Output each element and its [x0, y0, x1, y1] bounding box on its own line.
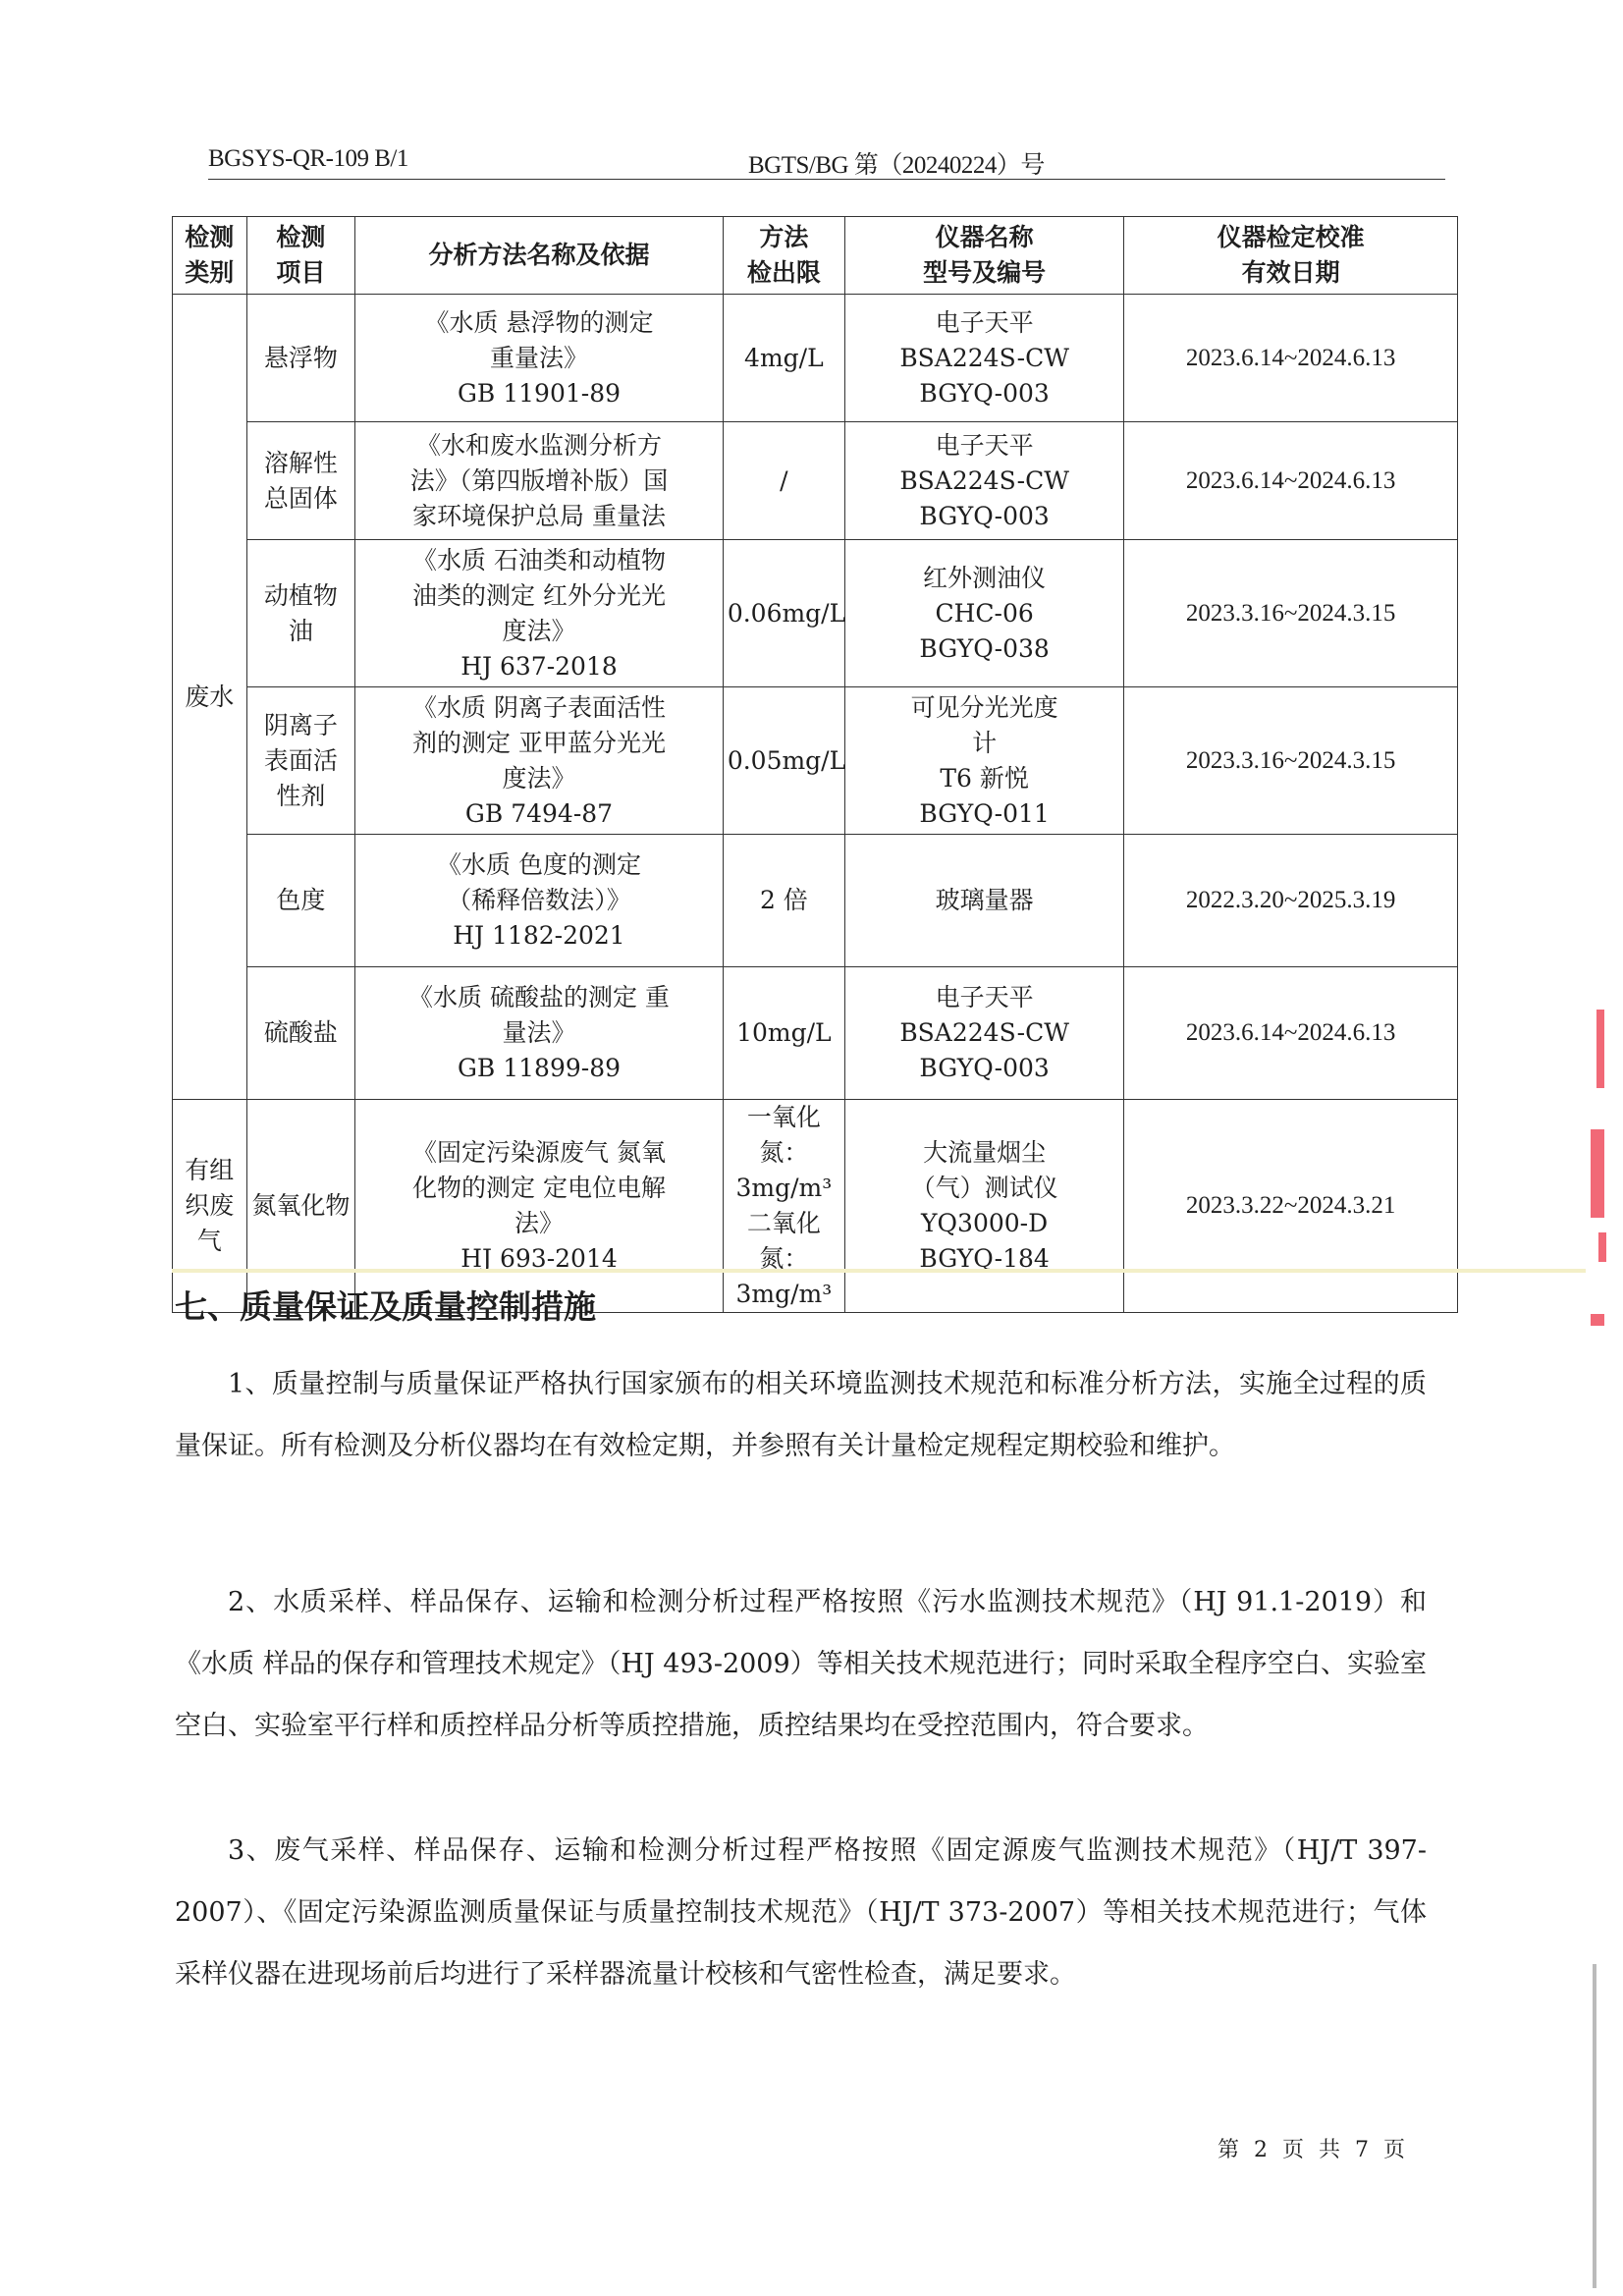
limit-cell: 4mg/L	[723, 295, 844, 422]
valid-date-cell: 2023.3.16~2024.3.15	[1124, 540, 1458, 687]
table-body: 废水悬浮物《水质 悬浮物的测定重量法》GB 11901-894mg/L电子天平B…	[173, 295, 1458, 1313]
method-cell-line: HJ 637-2018	[359, 649, 719, 684]
instrument-cell-line: YQ3000-D	[849, 1206, 1119, 1241]
table-row: 色度《水质 色度的测定（稀释倍数法）》HJ 1182-20212 倍玻璃量器20…	[173, 835, 1458, 967]
instrument-cell-line: 玻璃量器	[849, 883, 1119, 918]
method-cell-line: 《固定污染源废气 氮氧	[359, 1135, 719, 1171]
instrument-cell-line: BSA224S-CW	[849, 341, 1119, 376]
col-item-header-line: 检测	[251, 220, 352, 255]
item-cell-line: 阴离子	[251, 708, 352, 743]
col-item-header: 检测项目	[246, 217, 355, 295]
instrument-cell-line: 电子天平	[849, 305, 1119, 341]
method-cell: 《水和废水监测分析方法》（第四版增补版）国家环境保护总局 重量法	[355, 422, 724, 540]
instrument-cell-line: BGYQ-038	[849, 631, 1119, 667]
item-cell-line: 氮氧化物	[251, 1188, 352, 1224]
method-cell-line: 《水质 石油类和动植物	[359, 543, 719, 578]
item-cell: 氮氧化物	[246, 1100, 355, 1313]
col-method-header-line: 分析方法名称及依据	[359, 238, 719, 273]
page-edge-shadow	[1593, 1964, 1596, 2288]
section-title: 七、质量保证及质量控制措施	[175, 1282, 596, 1328]
method-cell-line: 《水质 硫酸盐的测定 重	[359, 980, 719, 1015]
category-cell-line: 有组	[177, 1153, 243, 1188]
method-cell-line: 重量法》	[359, 341, 719, 376]
item-cell-line: 表面活	[251, 743, 352, 779]
limit-cell-line: 10mg/L	[728, 1015, 840, 1051]
item-cell-line: 油	[251, 614, 352, 649]
method-cell-line: 《水和废水监测分析方	[359, 428, 719, 464]
item-cell-line: 动植物	[251, 578, 352, 614]
instrument-cell-line: BSA224S-CW	[849, 464, 1119, 499]
seal-stamp-fragment	[1596, 1010, 1604, 1088]
limit-cell: 0.06mg/L	[723, 540, 844, 687]
valid-date-cell: 2023.3.16~2024.3.15	[1124, 687, 1458, 835]
method-cell-line: 剂的测定 亚甲蓝分光光	[359, 726, 719, 761]
limit-cell-line: 0.05mg/L	[728, 743, 840, 779]
table-row: 废水悬浮物《水质 悬浮物的测定重量法》GB 11901-894mg/L电子天平B…	[173, 295, 1458, 422]
limit-cell: 一氧化氮：3mg/m³二氧化氮：3mg/m³	[723, 1100, 844, 1313]
valid-date-cell: 2022.3.20~2025.3.19	[1124, 835, 1458, 967]
valid-date-cell: 2023.6.14~2024.6.13	[1124, 295, 1458, 422]
table-row: 阴离子表面活性剂《水质 阴离子表面活性剂的测定 亚甲蓝分光光度法》GB 7494…	[173, 687, 1458, 835]
seal-stamp-fragment	[1591, 1314, 1604, 1326]
instrument-cell: 电子天平BSA224S-CWBGYQ-003	[844, 967, 1123, 1100]
table-row: 溶解性总固体《水和废水监测分析方法》（第四版增补版）国家环境保护总局 重量法/电…	[173, 422, 1458, 540]
method-cell: 《水质 石油类和动植物油类的测定 红外分光光度法》HJ 637-2018	[355, 540, 724, 687]
method-cell: 《水质 色度的测定（稀释倍数法）》HJ 1182-2021	[355, 835, 724, 967]
seal-stamp-fragment	[1591, 1129, 1604, 1218]
instrument-cell-line: 电子天平	[849, 980, 1119, 1015]
table-header-row: 检测类别检测项目分析方法名称及依据方法检出限仪器名称型号及编号仪器检定校准有效日…	[173, 217, 1458, 295]
limit-cell: /	[723, 422, 844, 540]
limit-cell: 0.05mg/L	[723, 687, 844, 835]
col-category-header: 检测类别	[173, 217, 247, 295]
table-row: 硫酸盐《水质 硫酸盐的测定 重量法》GB 11899-8910mg/L电子天平B…	[173, 967, 1458, 1100]
col-valid-date-header-line: 仪器检定校准	[1128, 220, 1453, 255]
limit-cell-line: 4mg/L	[728, 341, 840, 376]
report-number: BGTS/BG 第（20240224）号	[748, 145, 1045, 181]
instrument-method-table: 检测类别检测项目分析方法名称及依据方法检出限仪器名称型号及编号仪器检定校准有效日…	[172, 216, 1458, 1313]
col-limit-header-line: 方法	[728, 220, 840, 255]
col-valid-date-header-line: 有效日期	[1128, 255, 1453, 291]
method-cell-line: 《水质 色度的测定	[359, 847, 719, 883]
col-category-header-line: 检测	[177, 220, 243, 255]
method-cell-line: 化物的测定 定电位电解	[359, 1171, 719, 1206]
col-category-header-line: 类别	[177, 255, 243, 291]
valid-date-cell-line: 2023.3.16~2024.3.15	[1128, 743, 1453, 779]
col-instrument-header: 仪器名称型号及编号	[844, 217, 1123, 295]
instrument-cell: 玻璃量器	[844, 835, 1123, 967]
item-cell: 悬浮物	[246, 295, 355, 422]
limit-cell: 2 倍	[723, 835, 844, 967]
category-cell-line: 气	[177, 1224, 243, 1259]
limit-cell-line: /	[728, 464, 840, 499]
instrument-cell-line: （气）测试仪	[849, 1171, 1119, 1206]
item-cell-line: 悬浮物	[251, 341, 352, 376]
method-cell-line: 《水质 悬浮物的测定	[359, 305, 719, 341]
instrument-cell-line: BGYQ-003	[849, 1051, 1119, 1086]
page-header: BGSYS-QR-109 B/1 BGTS/BG 第（20240224）号	[208, 137, 1445, 180]
method-cell: 《水质 硫酸盐的测定 重量法》GB 11899-89	[355, 967, 724, 1100]
valid-date-cell-line: 2022.3.20~2025.3.19	[1128, 883, 1453, 918]
limit-cell: 10mg/L	[723, 967, 844, 1100]
item-cell-line: 总固体	[251, 481, 352, 517]
instrument-cell-line: T6 新悦	[849, 761, 1119, 796]
scan-artifact	[172, 1269, 1586, 1273]
method-cell-line: 《水质 阴离子表面活性	[359, 690, 719, 726]
valid-date-cell-line: 2023.3.16~2024.3.15	[1128, 596, 1453, 631]
col-item-header-line: 项目	[251, 255, 352, 291]
category-cell-line: 废水	[177, 680, 243, 715]
page-number: 第 2 页 共 7 页	[1217, 2133, 1409, 2163]
method-cell-line: （稀释倍数法）》	[359, 883, 719, 918]
instrument-cell-line: 电子天平	[849, 428, 1119, 464]
method-cell-line: GB 11901-89	[359, 376, 719, 411]
col-limit-header-line: 检出限	[728, 255, 840, 291]
instrument-cell-line: 红外测油仪	[849, 561, 1119, 596]
col-instrument-header-line: 型号及编号	[849, 255, 1119, 291]
method-cell-line: 量法》	[359, 1015, 719, 1051]
category-cell: 有组织废气	[173, 1100, 247, 1313]
document-code: BGSYS-QR-109 B/1	[208, 145, 408, 173]
col-limit-header: 方法检出限	[723, 217, 844, 295]
instrument-cell: 大流量烟尘（气）测试仪YQ3000-DBGYQ-184	[844, 1100, 1123, 1313]
instrument-cell-line: BSA224S-CW	[849, 1015, 1119, 1051]
method-cell-line: 家环境保护总局 重量法	[359, 499, 719, 534]
method-cell-line: GB 7494-87	[359, 796, 719, 832]
method-cell-line: GB 11899-89	[359, 1051, 719, 1086]
method-cell-line: 度法》	[359, 614, 719, 649]
col-instrument-header-line: 仪器名称	[849, 220, 1119, 255]
item-cell: 阴离子表面活性剂	[246, 687, 355, 835]
method-cell-line: 度法》	[359, 761, 719, 796]
method-cell-line: HJ 1182-2021	[359, 918, 719, 954]
limit-cell-line: 一氧化氮：	[728, 1100, 840, 1171]
item-cell-line: 色度	[251, 883, 352, 918]
col-valid-date-header: 仪器检定校准有效日期	[1124, 217, 1458, 295]
limit-cell-line: 2 倍	[728, 883, 840, 918]
table-row: 有组织废气氮氧化物《固定污染源废气 氮氧化物的测定 定电位电解法》HJ 693-…	[173, 1100, 1458, 1313]
instrument-cell: 红外测油仪CHC-06BGYQ-038	[844, 540, 1123, 687]
method-cell-line: 油类的测定 红外分光光	[359, 578, 719, 614]
item-cell: 动植物油	[246, 540, 355, 687]
item-cell-line: 性剂	[251, 779, 352, 814]
method-cell-line: 法》	[359, 1206, 719, 1241]
seal-stamp-fragment	[1598, 1232, 1606, 1262]
instrument-cell-line: BGYQ-003	[849, 499, 1119, 534]
item-cell: 溶解性总固体	[246, 422, 355, 540]
paragraph-1: 1、质量控制与质量保证严格执行国家颁布的相关环境监测技术规范和标准分析方法，实施…	[175, 1353, 1427, 1477]
method-cell-line: 法》（第四版增补版）国	[359, 464, 719, 499]
limit-cell-line: 3mg/m³	[728, 1277, 840, 1312]
category-cell: 废水	[173, 295, 247, 1100]
valid-date-cell-line: 2023.6.14~2024.6.13	[1128, 1015, 1453, 1051]
instrument-cell: 电子天平BSA224S-CWBGYQ-003	[844, 295, 1123, 422]
valid-date-cell: 2023.3.22~2024.3.21	[1124, 1100, 1458, 1313]
category-cell-line: 织废	[177, 1188, 243, 1224]
col-method-header: 分析方法名称及依据	[355, 217, 724, 295]
instrument-cell-line: 大流量烟尘	[849, 1135, 1119, 1171]
method-cell: 《固定污染源废气 氮氧化物的测定 定电位电解法》HJ 693-2014	[355, 1100, 724, 1313]
instrument-cell-line: 计	[849, 726, 1119, 761]
valid-date-cell: 2023.6.14~2024.6.13	[1124, 967, 1458, 1100]
valid-date-cell-line: 2023.6.14~2024.6.13	[1128, 464, 1453, 499]
table-row: 动植物油《水质 石油类和动植物油类的测定 红外分光光度法》HJ 637-2018…	[173, 540, 1458, 687]
paragraph-3: 3、废气采样、样品保存、运输和检测分析过程严格按照《固定源废气监测技术规范》（H…	[175, 1820, 1427, 2005]
item-cell-line: 溶解性	[251, 446, 352, 481]
limit-cell-line: 二氧化氮：	[728, 1206, 840, 1277]
method-cell: 《水质 悬浮物的测定重量法》GB 11901-89	[355, 295, 724, 422]
valid-date-cell-line: 2023.3.22~2024.3.21	[1128, 1188, 1453, 1224]
instrument-cell-line: BGYQ-011	[849, 796, 1119, 832]
instrument-cell-line: BGYQ-003	[849, 376, 1119, 411]
valid-date-cell-line: 2023.6.14~2024.6.13	[1128, 341, 1453, 376]
instrument-cell-line: CHC-06	[849, 596, 1119, 631]
instrument-cell: 电子天平BSA224S-CWBGYQ-003	[844, 422, 1123, 540]
valid-date-cell: 2023.6.14~2024.6.13	[1124, 422, 1458, 540]
instrument-cell: 可见分光光度计T6 新悦BGYQ-011	[844, 687, 1123, 835]
method-cell: 《水质 阴离子表面活性剂的测定 亚甲蓝分光光度法》GB 7494-87	[355, 687, 724, 835]
item-cell: 硫酸盐	[246, 967, 355, 1100]
limit-cell-line: 3mg/m³	[728, 1171, 840, 1206]
instrument-cell-line: 可见分光光度	[849, 690, 1119, 726]
limit-cell-line: 0.06mg/L	[728, 596, 840, 631]
paragraph-2: 2、水质采样、样品保存、运输和检测分析过程严格按照《污水监测技术规范》（HJ 9…	[175, 1571, 1427, 1757]
item-cell: 色度	[246, 835, 355, 967]
item-cell-line: 硫酸盐	[251, 1015, 352, 1051]
